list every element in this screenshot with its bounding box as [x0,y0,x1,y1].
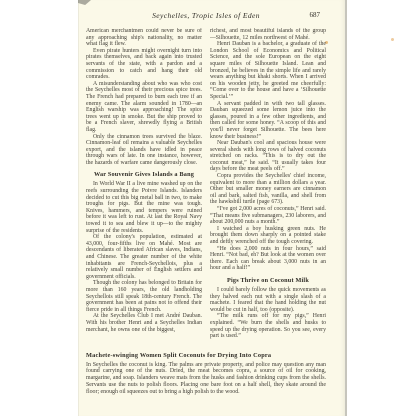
paragraph: richest, and most beautiful islands of t… [210,28,326,41]
column-left: American merchantmen could never be sure… [86,28,202,348]
paragraph: “I've got 2,000 acres of coconuts,” Henr… [210,206,326,226]
paragraph: Henri Dauban is a bachelor, a graduate o… [210,41,326,100]
paragraph: “The milk runs off for my pigs,” Henri e… [210,313,326,339]
page-header: Seychelles, Tropic Isles of Eden 687 [86,11,326,23]
column-right: richest, and most beautiful islands of t… [210,28,326,348]
foxing-dot [391,38,394,41]
running-title: Seychelles, Tropic Isles of Eden [86,11,326,20]
scan-corner-mark [78,0,91,5]
paragraph: I could barely follow the quick movement… [210,287,326,313]
paragraph: At the Seychelles Club I met André Dauba… [86,313,202,333]
paragraph: A servant padded in with two tall glasse… [210,101,326,141]
paragraph: “He does 2,000 nuts in four hours,” said… [210,246,326,272]
scan-page: Seychelles, Tropic Isles of Eden 687 Ame… [78,0,347,416]
section-heading: Pigs Thrive on Coconut Milk [210,277,326,284]
paragraph: Even pirate hunters might overnight turn… [86,48,202,81]
paragraph: A misunderstanding about who was who cos… [86,81,202,134]
section-heading: War Souvenir Gives Islands a Bang [86,171,202,178]
scan-background: Seychelles, Tropic Isles of Eden 687 Ame… [0,0,416,416]
paragraph: Of the colony's population, estimated at… [86,234,202,280]
caption-text: In Seychelles the coconut is king. The p… [86,362,326,396]
paragraph: American merchantmen could never be sure… [86,28,202,48]
paragraph: Near Dauban's cool and spacious house we… [210,140,326,173]
caption-title: Machete-swinging Women Split Coconuts fo… [86,352,326,359]
paragraph: Though the colony has belonged to Britai… [86,280,202,313]
paragraph: I watched a boy husking green nuts. He b… [210,226,326,246]
paragraph: Copra provides the Seychelles' chief inc… [210,173,326,206]
caption-block: Machete-swinging Women Split Coconuts fo… [86,352,326,395]
page-number: 687 [310,11,321,19]
paragraph: In World War II a live mine washed up on… [86,181,202,234]
paragraph: Only the cinnamon trees survived the bla… [86,134,202,167]
text-columns: American merchantmen could never be sure… [86,28,326,348]
